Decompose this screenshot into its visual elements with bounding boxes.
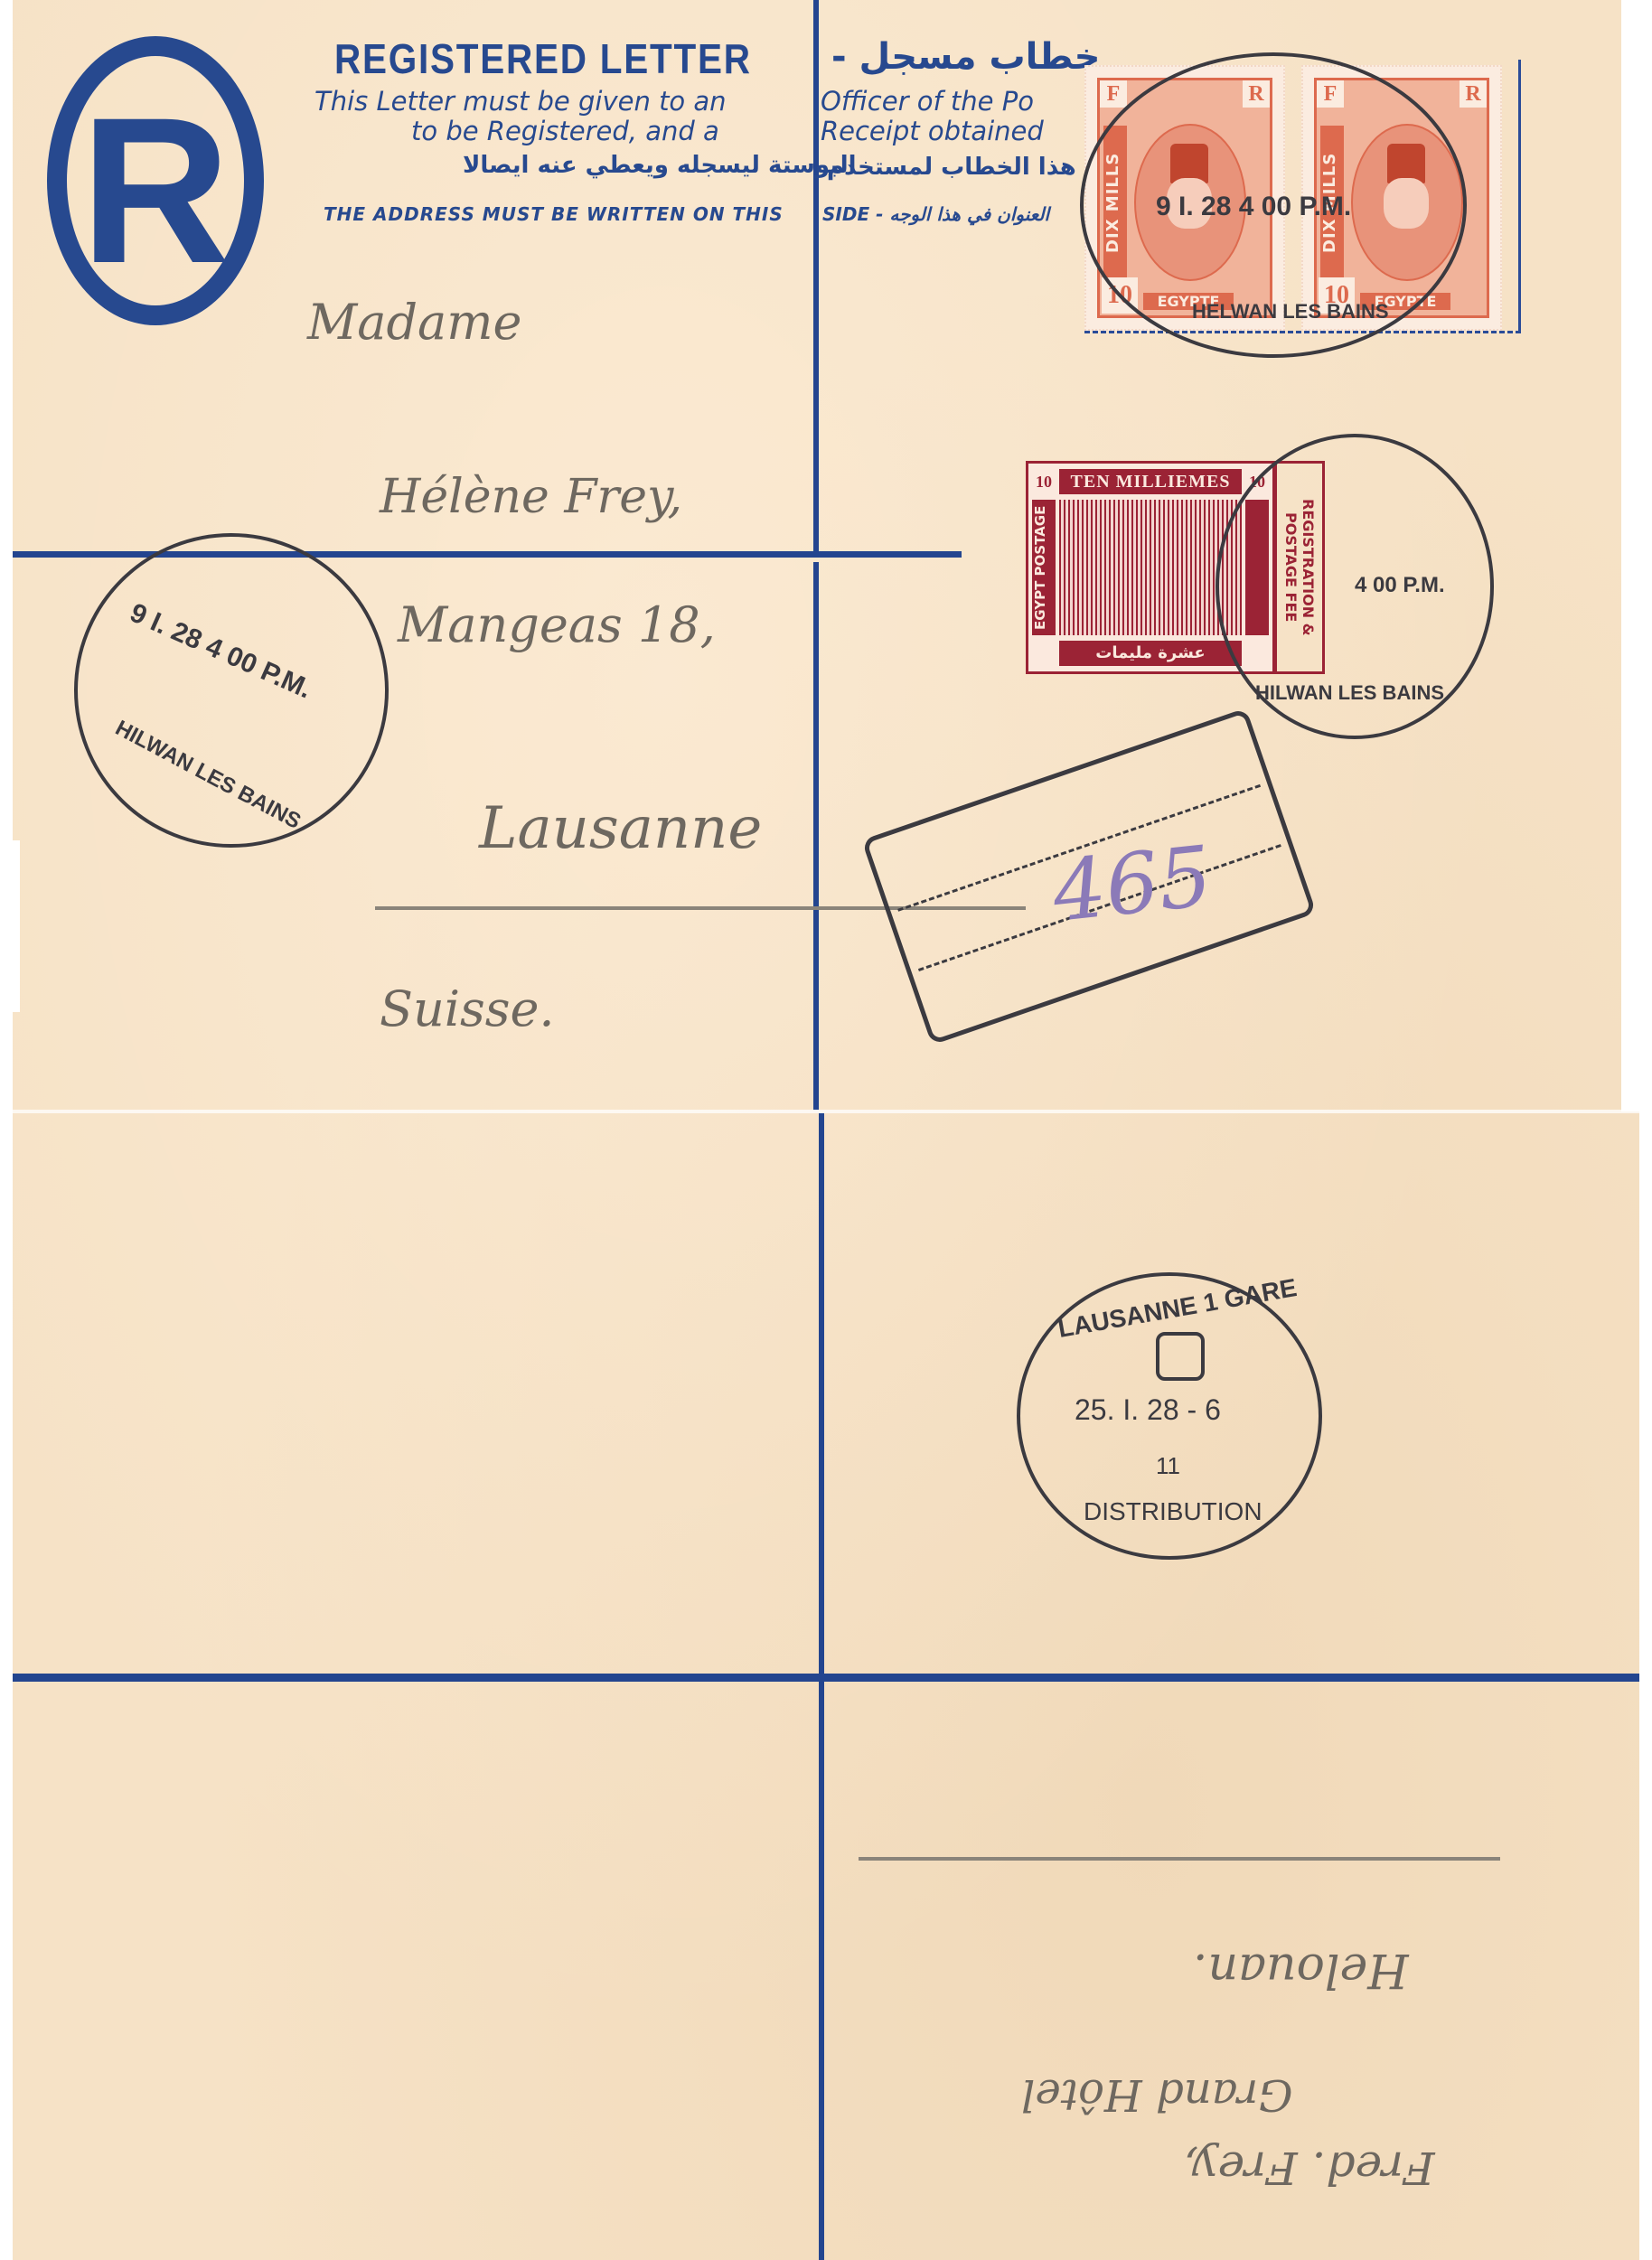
- vertical-rule-mid: [813, 562, 819, 1110]
- postmark-bottom-text: DISTRIBUTION: [1084, 1497, 1262, 1526]
- postmark-date: 9 I. 28 4 00 P.M.: [1156, 192, 1351, 222]
- postmark-place: HILWAN LES BAINS: [111, 716, 305, 835]
- sender-rule: [859, 1857, 1500, 1861]
- postmark-date: 4 00 P.M.: [1355, 573, 1445, 598]
- postmark-helwan-imprint: 4 00 P.M. HILWAN LES BAINS: [1216, 434, 1494, 739]
- postmark-sub: 11: [1156, 1452, 1180, 1480]
- sender-name: Fred. Frey,: [1184, 2142, 1435, 2194]
- instruction-arabic-left: البوستة ليسجله ويعطي عنه ايصالا: [463, 152, 857, 179]
- postmark-helwan-stamps: 9 I. 28 4 00 P.M. HELWAN LES BAINS: [1080, 52, 1467, 358]
- registered-letter-symbol: R: [67, 87, 244, 295]
- postmark-place: HELWAN LES BAINS: [1192, 300, 1389, 324]
- imprint-top-text: TEN MILLIEMES: [1059, 469, 1242, 494]
- sphinx-pyramid-icon: [1059, 500, 1242, 635]
- postmark-date: 25. I. 28 - 6: [1075, 1393, 1221, 1427]
- envelope-paper: [13, 0, 1639, 2260]
- notice-side: SIDE -: [822, 203, 883, 225]
- stamp-corner-f: F: [1100, 80, 1127, 108]
- notice-side-arabic: العنوان في هذا الوجه: [889, 203, 1049, 225]
- torn-edge: [0, 840, 20, 1012]
- address-salutation: Madame: [307, 294, 521, 351]
- postmark-place: HILWAN LES BAINS: [1255, 681, 1444, 705]
- instruction-line-1: This Letter must be given to an: [314, 86, 727, 117]
- swiss-cross-icon: [1156, 1332, 1205, 1381]
- sender-city: Helouan.: [1193, 1943, 1409, 1997]
- postmark-lausanne: LAUSANNE 1 GARE 25. I. 28 - 6 11 DISTRIB…: [1017, 1272, 1322, 1560]
- envelope-title: REGISTERED LETTER: [334, 34, 752, 83]
- fold-line: [13, 1110, 1639, 1113]
- address-country: Suisse.: [380, 980, 555, 1037]
- stamp-corner-r: R: [1460, 80, 1487, 108]
- registration-number: 465: [1048, 828, 1216, 941]
- imprint-side-text: EGYPT POSTAGE: [1032, 500, 1056, 635]
- imprint-bottom-arabic: عشرة مليمات: [1059, 641, 1242, 666]
- address-notice-left: THE ADDRESS MUST BE WRITTEN ON THIS: [324, 203, 784, 225]
- instruction-line-right-1: Officer of the Po: [821, 86, 1034, 117]
- horizontal-rule-bottom: [13, 1674, 1639, 1682]
- postmark-date: 9 I. 28 4 00 P.M.: [125, 597, 315, 705]
- instruction-line-right-2: Receipt obtained: [821, 116, 1044, 146]
- registered-r-icon: R: [47, 36, 264, 325]
- arabic-title: خطاب مسجل -: [831, 36, 1100, 78]
- sender-hotel: Grand Hôtel: [1021, 2069, 1293, 2120]
- torn-edge: [0, 1916, 13, 2260]
- postmark-helwan-left: 9 I. 28 4 00 P.M. HILWAN LES BAINS: [74, 533, 389, 848]
- vertical-rule-top: [813, 0, 819, 553]
- address-street: Mangeas 18,: [398, 596, 716, 653]
- vertical-rule-bottom: [819, 1113, 824, 2260]
- torn-edge: [1621, 0, 1652, 1111]
- imprint-value: 10: [1032, 469, 1056, 494]
- address-city: Lausanne: [479, 795, 762, 862]
- instruction-line-2: to be Registered, and a: [411, 116, 719, 146]
- address-name: Hélène Frey,: [380, 470, 682, 524]
- address-notice-right: SIDE - العنوان في هذا الوجه: [822, 203, 1049, 225]
